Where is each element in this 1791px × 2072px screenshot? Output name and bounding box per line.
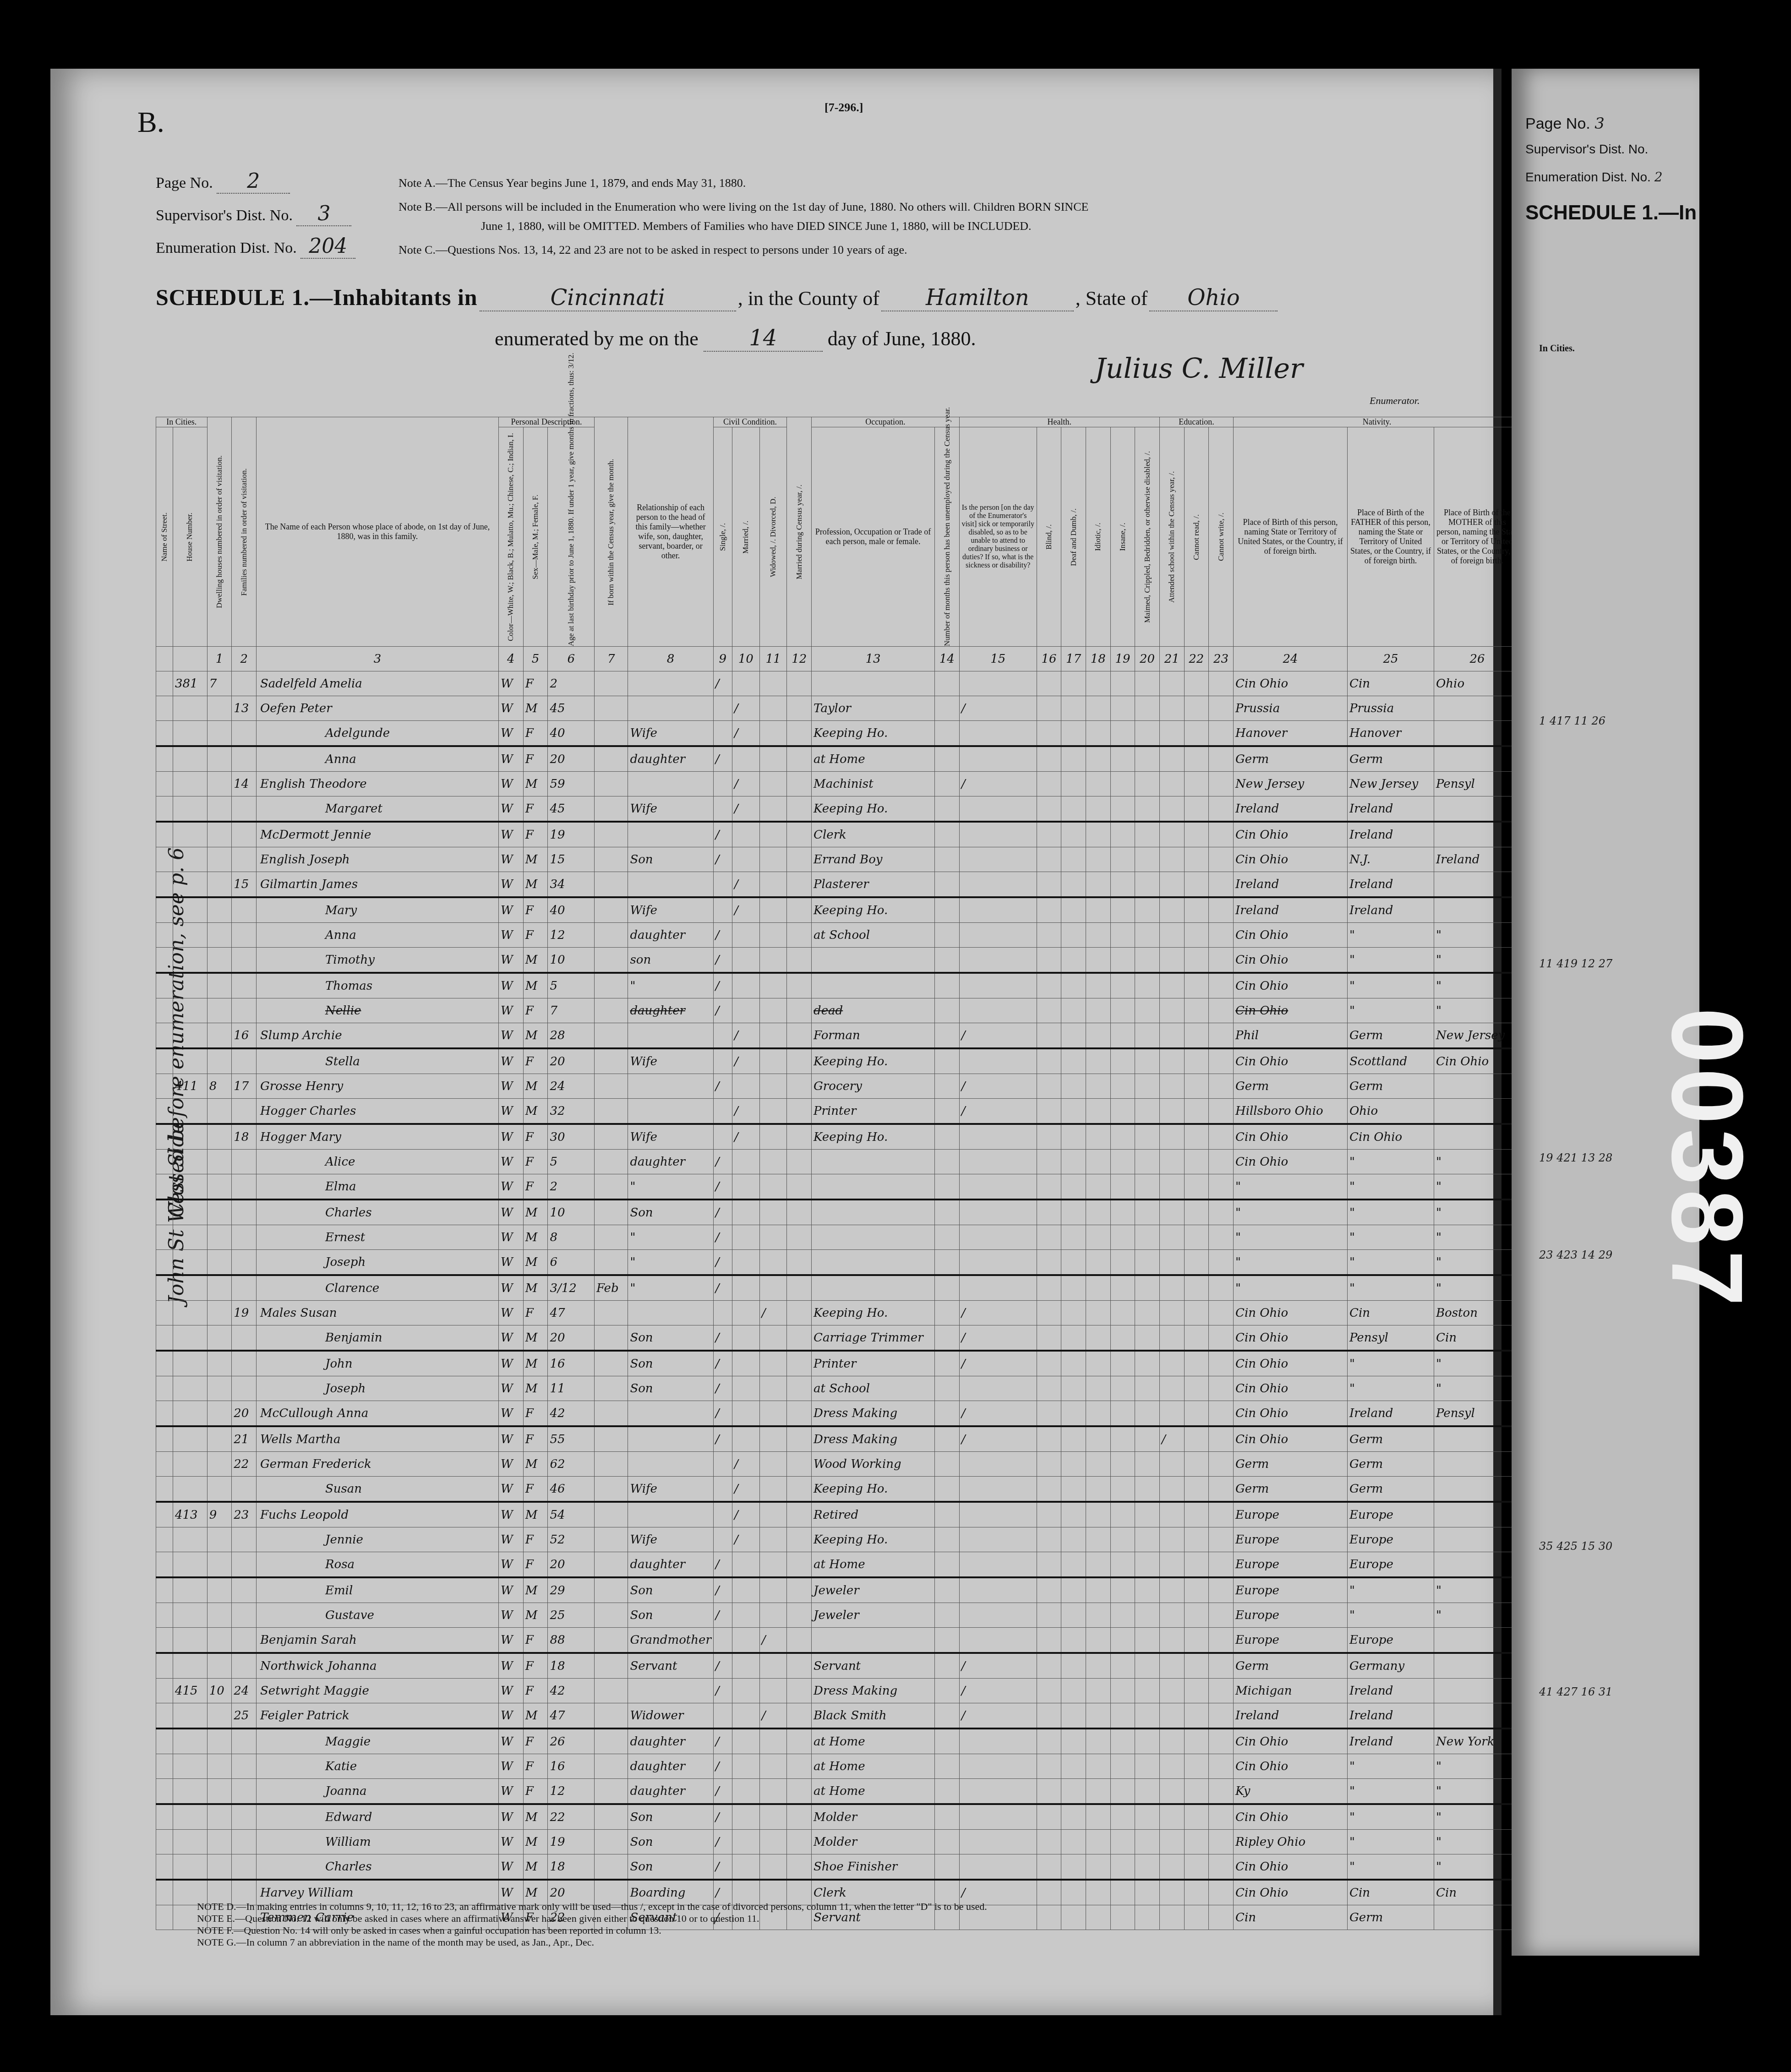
cell-name: Setwright Maggie xyxy=(256,1679,498,1703)
cell-widowed: / xyxy=(759,1301,787,1325)
cell-deaf xyxy=(1061,1728,1086,1754)
cell-deaf xyxy=(1061,847,1086,872)
cell-age: 47 xyxy=(548,1301,595,1325)
cell-blind xyxy=(1037,1603,1061,1628)
cell-deaf xyxy=(1061,1477,1086,1502)
page-no-label: Page No. xyxy=(156,174,213,191)
cell-dwelling xyxy=(207,1653,232,1679)
cell-blind xyxy=(1037,1401,1061,1427)
cell-month xyxy=(594,1679,628,1703)
cell-maimed xyxy=(1135,1502,1160,1527)
cell-blind xyxy=(1037,1048,1061,1074)
cell-idiot xyxy=(1086,1552,1110,1578)
cell-idiot xyxy=(1086,721,1110,747)
page-meta: Page No. 2 Supervisor's Dist. No. 3 Enum… xyxy=(156,169,355,259)
cell-married: / xyxy=(732,1023,759,1049)
cell-unemp xyxy=(935,796,960,822)
cell-insane xyxy=(1110,1830,1135,1854)
cell-blind xyxy=(1037,1728,1061,1754)
cell-widowed xyxy=(759,1376,787,1401)
cell-occ: Dress Making xyxy=(812,1426,935,1452)
cell-father: Germ xyxy=(1348,1074,1434,1099)
cell-idiot xyxy=(1086,796,1110,822)
cell-single xyxy=(713,721,732,747)
cell-occ xyxy=(812,973,935,998)
cell-sex: M xyxy=(523,1351,548,1376)
cell-dwelling xyxy=(207,746,232,772)
cell-idiot xyxy=(1086,1225,1110,1250)
table-row: ClarenceWM3/12Feb"/""" xyxy=(156,1275,1521,1301)
cell-married xyxy=(732,1728,759,1754)
table-row: MaggieWF26daughter/at HomeCin OhioIrelan… xyxy=(156,1728,1521,1754)
cell-noread xyxy=(1184,1552,1209,1578)
cell-house xyxy=(173,796,207,822)
cell-name: Edward xyxy=(256,1804,498,1830)
cell-age: 3/12 xyxy=(548,1275,595,1301)
cell-deaf xyxy=(1061,1150,1086,1174)
day-field: 14 xyxy=(704,325,823,352)
cell-unemp xyxy=(935,746,960,772)
cell-color: W xyxy=(498,1174,523,1200)
cell-father: Ireland xyxy=(1348,1679,1434,1703)
cell-noread xyxy=(1184,1150,1209,1174)
cell-sex: F xyxy=(523,1048,548,1074)
cell-birth: Cin Ohio xyxy=(1234,1401,1348,1427)
cell-name: Elma xyxy=(256,1174,498,1200)
cell-school xyxy=(1159,1703,1184,1729)
cell-dwelling xyxy=(207,1552,232,1578)
cell-name: Benjamin xyxy=(256,1325,498,1351)
cell-married xyxy=(732,1401,759,1427)
cell-noread xyxy=(1184,1804,1209,1830)
cell-noread xyxy=(1184,1754,1209,1779)
cell-school xyxy=(1159,822,1184,847)
header-c17: Deaf and Dumb, /. xyxy=(1061,427,1086,647)
cell-age: 20 xyxy=(548,1325,595,1351)
page-no: 2 xyxy=(217,169,290,194)
cell-single: / xyxy=(713,1804,732,1830)
cell-unemp xyxy=(935,1401,960,1427)
cell-unemp xyxy=(935,1653,960,1679)
cell-widowed xyxy=(759,1150,787,1174)
cell-maimed xyxy=(1135,897,1160,923)
cell-father: " xyxy=(1348,1603,1434,1628)
cell-rel: Son xyxy=(628,1854,713,1880)
cell-widowed xyxy=(759,847,787,872)
cell-nowrite xyxy=(1209,796,1234,822)
cell-single: / xyxy=(713,1325,732,1351)
cell-idiot xyxy=(1086,973,1110,998)
cell-maimed xyxy=(1135,1628,1160,1653)
cell-mother: " xyxy=(1434,1225,1521,1250)
cell-blind xyxy=(1037,1552,1061,1578)
table-row: 13Oefen PeterWM45/Taylor/PrussiaPrussia xyxy=(156,696,1521,721)
cell-month xyxy=(594,1577,628,1603)
cell-street xyxy=(156,1679,173,1703)
note-d: NOTE D.—In making entries in columns 9, … xyxy=(197,1901,1480,1913)
cell-school xyxy=(1159,1477,1184,1502)
cell-house xyxy=(173,1628,207,1653)
cell-noread xyxy=(1184,1679,1209,1703)
cell-sick xyxy=(959,1830,1037,1854)
cell-nowrite xyxy=(1209,822,1234,847)
cell-occ xyxy=(812,1150,935,1174)
cell-dwelling xyxy=(207,772,232,796)
note-f: NOTE F.—Question No. 14 will only be ask… xyxy=(197,1925,1480,1936)
cell-dwelling xyxy=(207,897,232,923)
cell-street xyxy=(156,1401,173,1427)
cell-color: W xyxy=(498,948,523,973)
cell-blind xyxy=(1037,1703,1061,1729)
cell-father: " xyxy=(1348,1754,1434,1779)
column-number: 15 xyxy=(959,647,1037,671)
cell-street xyxy=(156,1426,173,1452)
cell-family xyxy=(232,746,257,772)
table-row: JosephWM6"/""" xyxy=(156,1250,1521,1276)
schedule-heading: SCHEDULE 1.—Inhabitants in Cincinnati , … xyxy=(156,284,1278,311)
cell-widowed xyxy=(759,973,787,998)
cell-nowrite xyxy=(1209,1301,1234,1325)
cell-house xyxy=(173,1301,207,1325)
cell-blind xyxy=(1037,1804,1061,1830)
cell-unemp xyxy=(935,696,960,721)
table-row: McDermott JennieWF19/ClerkCin OhioIrelan… xyxy=(156,822,1521,847)
cell-sick xyxy=(959,1250,1037,1276)
cell-deaf xyxy=(1061,721,1086,747)
cell-house xyxy=(173,1200,207,1225)
cell-color: W xyxy=(498,746,523,772)
cell-sick: / xyxy=(959,1023,1037,1049)
cell-deaf xyxy=(1061,772,1086,796)
cell-mdy xyxy=(787,1653,812,1679)
cell-insane xyxy=(1110,1325,1135,1351)
cell-single xyxy=(713,1099,732,1124)
cell-birth: " xyxy=(1234,1275,1348,1301)
header-in-cities: In Cities. xyxy=(156,417,207,427)
cell-maimed xyxy=(1135,1653,1160,1679)
cell-school xyxy=(1159,1628,1184,1653)
cell-sex: F xyxy=(523,1174,548,1200)
header-personal: Personal Description. xyxy=(498,417,594,427)
cell-family xyxy=(232,822,257,847)
cell-blind xyxy=(1037,1527,1061,1552)
cell-school xyxy=(1159,772,1184,796)
cell-month xyxy=(594,671,628,696)
cell-family xyxy=(232,1603,257,1628)
cell-maimed xyxy=(1135,1527,1160,1552)
cell-married: / xyxy=(732,1477,759,1502)
cell-school xyxy=(1159,1401,1184,1427)
cell-father: " xyxy=(1348,923,1434,948)
cell-mother xyxy=(1434,1552,1521,1578)
table-row: TimothyWM10son/Cin Ohio"" xyxy=(156,948,1521,973)
cell-age: 40 xyxy=(548,897,595,923)
cell-school xyxy=(1159,1779,1184,1805)
cell-father: " xyxy=(1348,1351,1434,1376)
cell-occ: Keeping Ho. xyxy=(812,1527,935,1552)
cell-color: W xyxy=(498,1830,523,1854)
cell-sick xyxy=(959,1502,1037,1527)
cell-birth: Cin Ohio xyxy=(1234,1426,1348,1452)
cell-father: Germ xyxy=(1348,1023,1434,1049)
cell-color: W xyxy=(498,1225,523,1250)
cell-dwelling: 7 xyxy=(207,671,232,696)
cell-married xyxy=(732,1325,759,1351)
cell-single: / xyxy=(713,923,732,948)
cell-name: Males Susan xyxy=(256,1301,498,1325)
cell-house xyxy=(173,1653,207,1679)
cell-nowrite xyxy=(1209,1426,1234,1452)
cell-name: Sadelfeld Amelia xyxy=(256,671,498,696)
cell-insane xyxy=(1110,796,1135,822)
cell-rel xyxy=(628,1502,713,1527)
cell-idiot xyxy=(1086,1477,1110,1502)
cell-color: W xyxy=(498,1351,523,1376)
cell-house xyxy=(173,772,207,796)
cell-mdy xyxy=(787,1150,812,1174)
cell-street xyxy=(156,1150,173,1174)
cell-deaf xyxy=(1061,1502,1086,1527)
cell-father: " xyxy=(1348,1275,1434,1301)
table-row: 411817Grosse HenryWM24/Grocery/GermGerm xyxy=(156,1074,1521,1099)
cell-family xyxy=(232,1527,257,1552)
cell-age: 2 xyxy=(548,671,595,696)
cell-mdy xyxy=(787,772,812,796)
cell-month xyxy=(594,1653,628,1679)
cell-sick xyxy=(959,948,1037,973)
cell-widowed xyxy=(759,1804,787,1830)
cell-mother xyxy=(1434,822,1521,847)
cell-single: / xyxy=(713,1679,732,1703)
cell-deaf xyxy=(1061,1703,1086,1729)
cell-birth: Cin Ohio xyxy=(1234,822,1348,847)
cell-sick xyxy=(959,1779,1037,1805)
cell-birth: Europe xyxy=(1234,1552,1348,1578)
cell-age: 8 xyxy=(548,1225,595,1250)
cell-deaf xyxy=(1061,1830,1086,1854)
cell-maimed xyxy=(1135,796,1160,822)
cell-occ: Molder xyxy=(812,1804,935,1830)
cell-blind xyxy=(1037,1477,1061,1502)
cell-single: / xyxy=(713,1854,732,1880)
cell-rel: Grandmother xyxy=(628,1628,713,1653)
cell-school xyxy=(1159,1830,1184,1854)
cell-married xyxy=(732,1854,759,1880)
note-b-cont: June 1, 1880, will be OMITTED. Members o… xyxy=(481,219,1452,233)
cell-noread xyxy=(1184,1628,1209,1653)
cell-sex: F xyxy=(523,1150,548,1174)
cell-noread xyxy=(1184,822,1209,847)
cell-rel: " xyxy=(628,973,713,998)
cell-mother: " xyxy=(1434,1854,1521,1880)
cell-sex: F xyxy=(523,796,548,822)
cell-noread xyxy=(1184,1477,1209,1502)
cell-age: 19 xyxy=(548,1830,595,1854)
cell-widowed xyxy=(759,1426,787,1452)
form-number: [7-296.] xyxy=(825,101,863,115)
cell-widowed xyxy=(759,1275,787,1301)
header-c2: Families numbered in order of visitation… xyxy=(232,417,257,647)
cell-color: W xyxy=(498,1502,523,1527)
cell-noread xyxy=(1184,1502,1209,1527)
cell-blind xyxy=(1037,721,1061,747)
cell-occ: at Home xyxy=(812,1728,935,1754)
cell-sick xyxy=(959,1552,1037,1578)
cell-blind xyxy=(1037,1301,1061,1325)
cell-nowrite xyxy=(1209,1150,1234,1174)
cell-dwelling xyxy=(207,1804,232,1830)
cell-house xyxy=(173,1728,207,1754)
group-header-row: In Cities. Dwelling houses numbered in o… xyxy=(156,417,1521,427)
table-row: 19Males SusanWF47/Keeping Ho./Cin OhioCi… xyxy=(156,1301,1521,1325)
cell-school xyxy=(1159,948,1184,973)
cell-mother: " xyxy=(1434,1250,1521,1276)
cell-deaf xyxy=(1061,1754,1086,1779)
cell-color: W xyxy=(498,847,523,872)
column-number: 17 xyxy=(1061,647,1086,671)
cell-father: Ireland xyxy=(1348,897,1434,923)
cell-nowrite xyxy=(1209,1628,1234,1653)
cell-house: 411 xyxy=(173,1074,207,1099)
cell-blind xyxy=(1037,1830,1061,1854)
cell-blind xyxy=(1037,1124,1061,1150)
cell-mdy xyxy=(787,1754,812,1779)
header-c22: Cannot read, /. xyxy=(1184,427,1209,647)
cell-mdy xyxy=(787,1552,812,1578)
enumerated-line: enumerated by me on the 14 day of June, … xyxy=(495,325,976,352)
cell-unemp xyxy=(935,1351,960,1376)
cell-married xyxy=(732,998,759,1023)
cell-single: / xyxy=(713,847,732,872)
cell-color: W xyxy=(498,696,523,721)
cell-married xyxy=(732,1174,759,1200)
cell-married xyxy=(732,847,759,872)
cell-maimed xyxy=(1135,1552,1160,1578)
cell-widowed xyxy=(759,1779,787,1805)
cell-nowrite xyxy=(1209,1703,1234,1729)
cell-insane xyxy=(1110,1074,1135,1099)
table-row: Northwick JohannaWF18Servant/Servant/Ger… xyxy=(156,1653,1521,1679)
cell-house xyxy=(173,1150,207,1174)
cell-maimed xyxy=(1135,1099,1160,1124)
cell-nowrite xyxy=(1209,1225,1234,1250)
column-number: 19 xyxy=(1110,647,1135,671)
cell-house: 415 xyxy=(173,1679,207,1703)
cell-family: 18 xyxy=(232,1124,257,1150)
cell-unemp xyxy=(935,1728,960,1754)
cell-single xyxy=(713,1703,732,1729)
cell-street xyxy=(156,1653,173,1679)
cell-house xyxy=(173,721,207,747)
cell-school xyxy=(1159,721,1184,747)
cell-month xyxy=(594,1325,628,1351)
cell-mdy xyxy=(787,1703,812,1729)
cell-mother xyxy=(1434,1477,1521,1502)
cell-color: W xyxy=(498,1426,523,1452)
cell-age: 6 xyxy=(548,1250,595,1276)
cell-blind xyxy=(1037,998,1061,1023)
cell-rel: Servant xyxy=(628,1653,713,1679)
table-row: 15Gilmartin JamesWM34/PlastererIrelandIr… xyxy=(156,872,1521,898)
cell-color: W xyxy=(498,1603,523,1628)
cell-dwelling xyxy=(207,1527,232,1552)
cell-family: 22 xyxy=(232,1452,257,1477)
cell-house: 381 xyxy=(173,671,207,696)
cell-insane xyxy=(1110,671,1135,696)
cell-street xyxy=(156,1452,173,1477)
cell-blind xyxy=(1037,973,1061,998)
cell-unemp xyxy=(935,973,960,998)
adj-entry: 35 425 15 30 xyxy=(1539,1540,1612,1553)
cell-street xyxy=(156,1603,173,1628)
cell-sex: F xyxy=(523,1628,548,1653)
cell-unemp xyxy=(935,1301,960,1325)
note-e: NOTE E.—Question No. 12 will only be ask… xyxy=(197,1913,1480,1925)
table-row: MargaretWF45Wife/Keeping Ho.IrelandIrela… xyxy=(156,796,1521,822)
cell-insane xyxy=(1110,1225,1135,1250)
cell-mother xyxy=(1434,696,1521,721)
cell-noread xyxy=(1184,1225,1209,1250)
cell-mdy xyxy=(787,1124,812,1150)
cell-mother: New Jersey xyxy=(1434,1023,1521,1049)
cell-birth: Cin Ohio xyxy=(1234,1124,1348,1150)
header-c11: Widowed, /. Divorced, D. xyxy=(759,427,787,647)
cell-widowed xyxy=(759,1225,787,1250)
cell-occ: Keeping Ho. xyxy=(812,897,935,923)
cell-noread xyxy=(1184,1023,1209,1049)
cell-noread xyxy=(1184,897,1209,923)
cell-unemp xyxy=(935,1603,960,1628)
cell-father: Cin xyxy=(1348,671,1434,696)
cell-school xyxy=(1159,1527,1184,1552)
cell-deaf xyxy=(1061,796,1086,822)
cell-nowrite xyxy=(1209,1200,1234,1225)
cell-widowed xyxy=(759,1048,787,1074)
cell-occ: dead xyxy=(812,998,935,1023)
cell-sex: M xyxy=(523,1376,548,1401)
cell-single: / xyxy=(713,948,732,973)
cell-name: Katie xyxy=(256,1754,498,1779)
cell-name: English Theodore xyxy=(256,772,498,796)
cell-occ: at Home xyxy=(812,1552,935,1578)
cell-unemp xyxy=(935,1174,960,1200)
cell-noread xyxy=(1184,1603,1209,1628)
cell-family xyxy=(232,1174,257,1200)
form-letter: B. xyxy=(137,105,164,139)
cell-family xyxy=(232,847,257,872)
cell-name: Alice xyxy=(256,1150,498,1174)
column-number: 16 xyxy=(1037,647,1061,671)
cell-house xyxy=(173,1854,207,1880)
cell-name: McCullough Anna xyxy=(256,1401,498,1427)
cell-deaf xyxy=(1061,1023,1086,1049)
cell-idiot xyxy=(1086,1426,1110,1452)
cell-maimed xyxy=(1135,671,1160,696)
cell-rel xyxy=(628,822,713,847)
cell-dwelling xyxy=(207,1150,232,1174)
cell-insane xyxy=(1110,1653,1135,1679)
cell-unemp xyxy=(935,721,960,747)
cell-occ xyxy=(812,1250,935,1276)
cell-widowed xyxy=(759,671,787,696)
cell-widowed xyxy=(759,1502,787,1527)
cell-sick: / xyxy=(959,1074,1037,1099)
column-number: 26 xyxy=(1434,647,1521,671)
cell-occ: Taylor xyxy=(812,696,935,721)
cell-street xyxy=(156,1830,173,1854)
cell-nowrite xyxy=(1209,1023,1234,1049)
cell-name: Rosa xyxy=(256,1552,498,1578)
